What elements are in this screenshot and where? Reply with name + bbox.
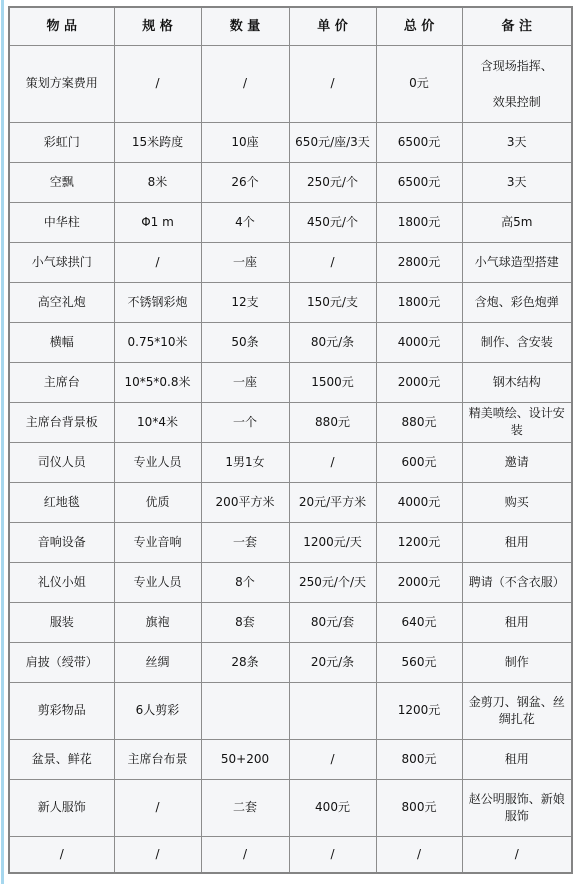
cell-spec: 主席台布景	[114, 739, 201, 779]
table-header-row: 物 品规 格数 量单 价总 价备 注	[9, 7, 572, 45]
table-row: 主席台背景板10*4米一个880元880元精美喷绘、设计安装	[9, 402, 572, 442]
cell-spec: 8米	[114, 162, 201, 202]
cell-remark: 含现场指挥、 效果控制	[462, 45, 572, 122]
table-row: 新人服饰/二套400元800元赵公明服饰、新娘服饰	[9, 779, 572, 836]
col-header-unit_price: 单 价	[289, 7, 376, 45]
table-row: 司仪人员专业人员1男1女/600元邀请	[9, 442, 572, 482]
table-row: 礼仪小姐专业人员8个250元/个/天2000元聘请（不含衣服）	[9, 562, 572, 602]
cell-unit_price: 650元/座/3天	[289, 122, 376, 162]
cell-spec: Φ1 m	[114, 202, 201, 242]
cell-unit_price: 80元/套	[289, 602, 376, 642]
cell-item: 音响设备	[9, 522, 114, 562]
cell-qty: 二套	[201, 779, 289, 836]
cell-remark: 精美喷绘、设计安装	[462, 402, 572, 442]
cell-item: 盆景、鲜花	[9, 739, 114, 779]
cell-item: 服装	[9, 602, 114, 642]
cell-spec: /	[114, 45, 201, 122]
cell-remark: 3天	[462, 162, 572, 202]
price-table: 物 品规 格数 量单 价总 价备 注 策划方案费用///0元含现场指挥、 效果控…	[8, 6, 573, 874]
cell-qty: 12支	[201, 282, 289, 322]
cell-remark: 租用	[462, 739, 572, 779]
cell-unit_price: 20元/条	[289, 642, 376, 682]
cell-remark: 租用	[462, 602, 572, 642]
cell-remark: 小气球造型搭建	[462, 242, 572, 282]
cell-item: 高空礼炮	[9, 282, 114, 322]
cell-item: 主席台背景板	[9, 402, 114, 442]
cell-total: 4000元	[376, 322, 462, 362]
cell-remark: 租用	[462, 522, 572, 562]
cell-qty: /	[201, 45, 289, 122]
cell-item: 肩披（绶带）	[9, 642, 114, 682]
cell-qty: 一个	[201, 402, 289, 442]
cell-item: 中华柱	[9, 202, 114, 242]
cell-unit_price: 80元/条	[289, 322, 376, 362]
col-header-item: 物 品	[9, 7, 114, 45]
cell-item: 剪彩物品	[9, 682, 114, 739]
cell-item: 红地毯	[9, 482, 114, 522]
cell-unit_price: 150元/支	[289, 282, 376, 322]
table-row: 彩虹门15米跨度10座650元/座/3天6500元3天	[9, 122, 572, 162]
cell-item: 横幅	[9, 322, 114, 362]
cell-qty: 一座	[201, 362, 289, 402]
cell-total: 1800元	[376, 282, 462, 322]
cell-qty: 26个	[201, 162, 289, 202]
cell-spec: 0.75*10米	[114, 322, 201, 362]
table-row: 高空礼炮不锈钢彩炮12支150元/支1800元含炮、彩色炮弹	[9, 282, 572, 322]
table-row: //////	[9, 836, 572, 873]
cell-unit_price: /	[289, 739, 376, 779]
cell-spec: 专业人员	[114, 442, 201, 482]
table-row: 小气球拱门/一座/2800元小气球造型搭建	[9, 242, 572, 282]
cell-qty: 200平方米	[201, 482, 289, 522]
cell-item: 礼仪小姐	[9, 562, 114, 602]
cell-total: 6500元	[376, 122, 462, 162]
table-body: 策划方案费用///0元含现场指挥、 效果控制彩虹门15米跨度10座650元/座/…	[9, 45, 572, 873]
cell-total: 1800元	[376, 202, 462, 242]
cell-remark: 购买	[462, 482, 572, 522]
table-row: 空飘8米26个250元/个6500元3天	[9, 162, 572, 202]
col-header-total: 总 价	[376, 7, 462, 45]
cell-spec: 15米跨度	[114, 122, 201, 162]
cell-total: 0元	[376, 45, 462, 122]
cell-total: 2000元	[376, 362, 462, 402]
cell-item: 彩虹门	[9, 122, 114, 162]
cell-spec: 10*4米	[114, 402, 201, 442]
cell-qty: 4个	[201, 202, 289, 242]
cell-unit_price: /	[289, 836, 376, 873]
cell-remark: 邀请	[462, 442, 572, 482]
table-row: 策划方案费用///0元含现场指挥、 效果控制	[9, 45, 572, 122]
cell-total: 6500元	[376, 162, 462, 202]
cell-item: 小气球拱门	[9, 242, 114, 282]
cell-remark: 含炮、彩色炮弹	[462, 282, 572, 322]
cell-remark: 3天	[462, 122, 572, 162]
cell-total: 600元	[376, 442, 462, 482]
table-row: 主席台10*5*0.8米一座1500元2000元钢木结构	[9, 362, 572, 402]
cell-item: 司仪人员	[9, 442, 114, 482]
cell-unit_price: 250元/个	[289, 162, 376, 202]
cell-item: /	[9, 836, 114, 873]
cell-unit_price: 1500元	[289, 362, 376, 402]
cell-unit_price: 20元/平方米	[289, 482, 376, 522]
cell-spec: 专业人员	[114, 562, 201, 602]
cell-qty: 50条	[201, 322, 289, 362]
cell-spec: 6人剪彩	[114, 682, 201, 739]
cell-qty: 8套	[201, 602, 289, 642]
cell-total: 560元	[376, 642, 462, 682]
table-row: 横幅0.75*10米50条80元/条4000元制作、含安装	[9, 322, 572, 362]
cell-total: /	[376, 836, 462, 873]
cell-remark: 聘请（不含衣服）	[462, 562, 572, 602]
cell-qty: 8个	[201, 562, 289, 602]
cell-item: 新人服饰	[9, 779, 114, 836]
cell-unit_price: /	[289, 242, 376, 282]
cell-remark: 制作	[462, 642, 572, 682]
cell-total: 4000元	[376, 482, 462, 522]
cell-item: 策划方案费用	[9, 45, 114, 122]
cell-qty: 28条	[201, 642, 289, 682]
cell-total: 800元	[376, 739, 462, 779]
table-row: 中华柱Φ1 m4个450元/个1800元高5m	[9, 202, 572, 242]
cell-qty: 1男1女	[201, 442, 289, 482]
cell-remark: 赵公明服饰、新娘服饰	[462, 779, 572, 836]
col-header-spec: 规 格	[114, 7, 201, 45]
cell-spec: 优质	[114, 482, 201, 522]
cell-item: 主席台	[9, 362, 114, 402]
cell-spec: /	[114, 779, 201, 836]
col-header-remark: 备 注	[462, 7, 572, 45]
cell-unit_price: 400元	[289, 779, 376, 836]
cell-remark: /	[462, 836, 572, 873]
left-accent-stripe	[1, 0, 4, 884]
cell-unit_price: 880元	[289, 402, 376, 442]
table-row: 剪彩物品6人剪彩1200元金剪刀、钢盆、丝绸扎花	[9, 682, 572, 739]
table-row: 音响设备专业音响一套1200元/天1200元租用	[9, 522, 572, 562]
cell-qty: 一套	[201, 522, 289, 562]
cell-remark: 高5m	[462, 202, 572, 242]
cell-qty: 50+200	[201, 739, 289, 779]
table-row: 盆景、鲜花主席台布景50+200/800元租用	[9, 739, 572, 779]
cell-spec: 专业音响	[114, 522, 201, 562]
cell-item: 空飘	[9, 162, 114, 202]
table-row: 服装旗袍8套80元/套640元租用	[9, 602, 572, 642]
cell-remark: 钢木结构	[462, 362, 572, 402]
cell-total: 1200元	[376, 682, 462, 739]
cell-remark: 制作、含安装	[462, 322, 572, 362]
cell-unit_price: 450元/个	[289, 202, 376, 242]
cell-unit_price: 1200元/天	[289, 522, 376, 562]
cell-qty: /	[201, 836, 289, 873]
cell-spec: /	[114, 836, 201, 873]
cell-total: 2800元	[376, 242, 462, 282]
cell-spec: 不锈钢彩炮	[114, 282, 201, 322]
cell-total: 880元	[376, 402, 462, 442]
cell-total: 1200元	[376, 522, 462, 562]
cell-remark: 金剪刀、钢盆、丝绸扎花	[462, 682, 572, 739]
cell-qty: 一座	[201, 242, 289, 282]
cell-total: 800元	[376, 779, 462, 836]
cell-spec: 丝绸	[114, 642, 201, 682]
table-row: 肩披（绶带）丝绸28条20元/条560元制作	[9, 642, 572, 682]
cell-unit_price: 250元/个/天	[289, 562, 376, 602]
cell-spec: /	[114, 242, 201, 282]
cell-spec: 旗袍	[114, 602, 201, 642]
col-header-qty: 数 量	[201, 7, 289, 45]
page: 物 品规 格数 量单 价总 价备 注 策划方案费用///0元含现场指挥、 效果控…	[0, 0, 578, 884]
cell-spec: 10*5*0.8米	[114, 362, 201, 402]
cell-total: 640元	[376, 602, 462, 642]
cell-qty	[201, 682, 289, 739]
cell-total: 2000元	[376, 562, 462, 602]
table-row: 红地毯优质200平方米20元/平方米4000元购买	[9, 482, 572, 522]
cell-unit_price: /	[289, 45, 376, 122]
cell-unit_price: /	[289, 442, 376, 482]
cell-unit_price	[289, 682, 376, 739]
cell-qty: 10座	[201, 122, 289, 162]
